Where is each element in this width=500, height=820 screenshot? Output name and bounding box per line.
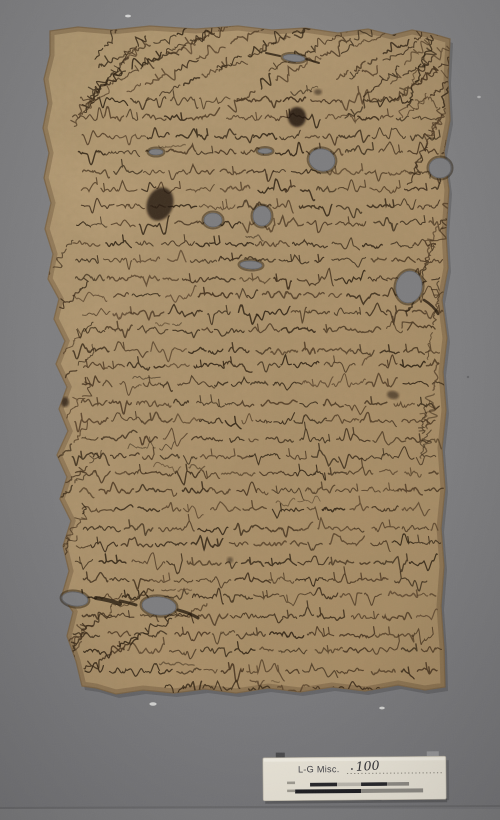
photo-vignette bbox=[0, 0, 500, 820]
manuscript-photo: L-G Misc. 100 bbox=[0, 0, 500, 820]
